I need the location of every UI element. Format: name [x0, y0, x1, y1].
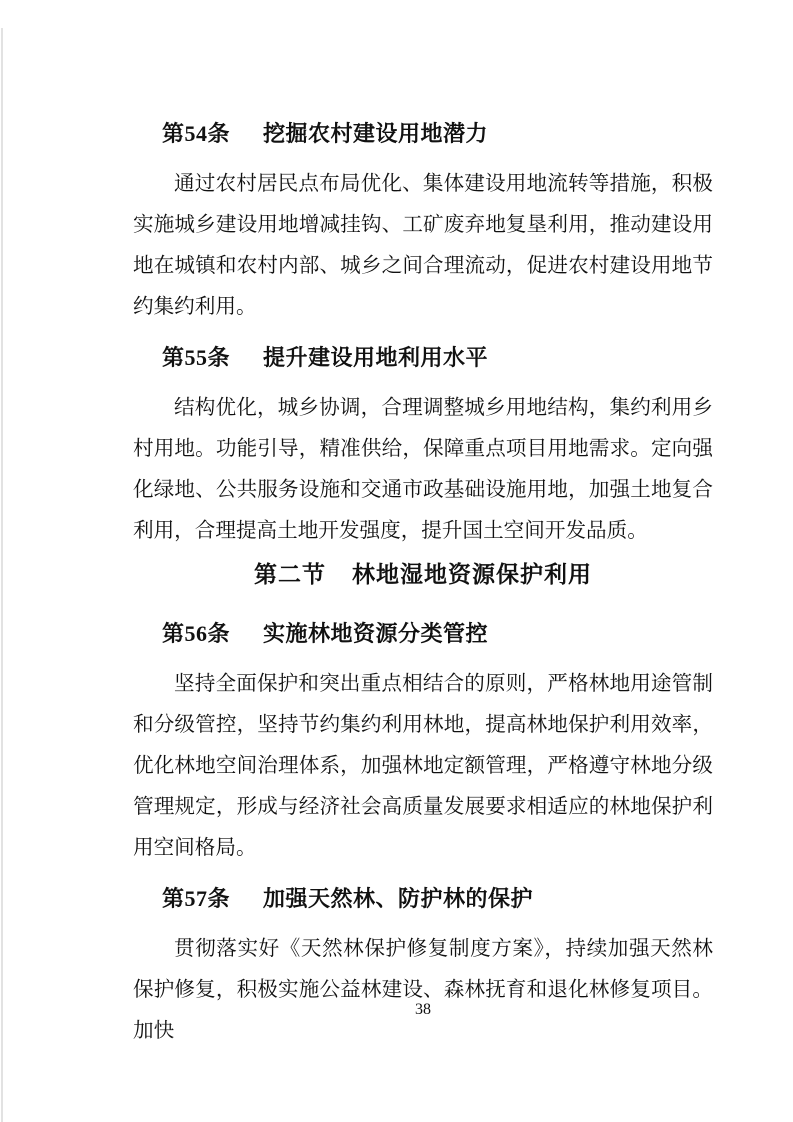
article-54-body: 通过农村居民点布局优化、集体建设用地流转等措施，积极实施城乡建设用地增减挂钩、工…	[133, 164, 713, 328]
section-2-number: 第二节	[254, 558, 326, 592]
article-56-number: 第56条	[162, 618, 230, 650]
article-57-body: 贯彻落实好《天然林保护修复制度方案》，持续加强天然林保护修复，积极实施公益林建设…	[133, 929, 713, 1052]
article-57-title: 加强天然林、防护林的保护	[263, 886, 533, 911]
article-56-heading: 第56条实施林地资源分类管控	[133, 618, 713, 650]
article-55-title: 提升建设用地利用水平	[263, 345, 488, 370]
document-page: 第54条挖掘农村建设用地潜力 通过农村居民点布局优化、集体建设用地流转等措施，积…	[0, 0, 793, 1122]
article-55-number: 第55条	[162, 342, 230, 374]
article-55-heading: 第55条提升建设用地利用水平	[133, 342, 713, 374]
section-2-heading: 第二节林地湿地资源保护利用	[133, 558, 713, 592]
article-55-body: 结构优化，城乡协调，合理调整城乡用地结构，集约利用乡村用地。功能引导，精准供给，…	[133, 388, 713, 552]
page-edge-scan-artifact	[1, 28, 3, 1122]
article-54-title: 挖掘农村建设用地潜力	[263, 121, 488, 146]
article-56-title: 实施林地资源分类管控	[263, 621, 488, 646]
page-number: 38	[133, 1000, 713, 1020]
article-54-heading: 第54条挖掘农村建设用地潜力	[133, 118, 713, 150]
article-57-number: 第57条	[162, 883, 230, 915]
article-54-number: 第54条	[162, 118, 230, 150]
document-content: 第54条挖掘农村建设用地潜力 通过农村居民点布局优化、集体建设用地流转等措施，积…	[133, 118, 713, 1052]
article-56-body: 坚持全面保护和突出重点相结合的原则，严格林地用途管制和分级管控，坚持节约集约利用…	[133, 664, 713, 869]
article-57-heading: 第57条加强天然林、防护林的保护	[133, 883, 713, 915]
section-2-title: 林地湿地资源保护利用	[352, 562, 592, 587]
